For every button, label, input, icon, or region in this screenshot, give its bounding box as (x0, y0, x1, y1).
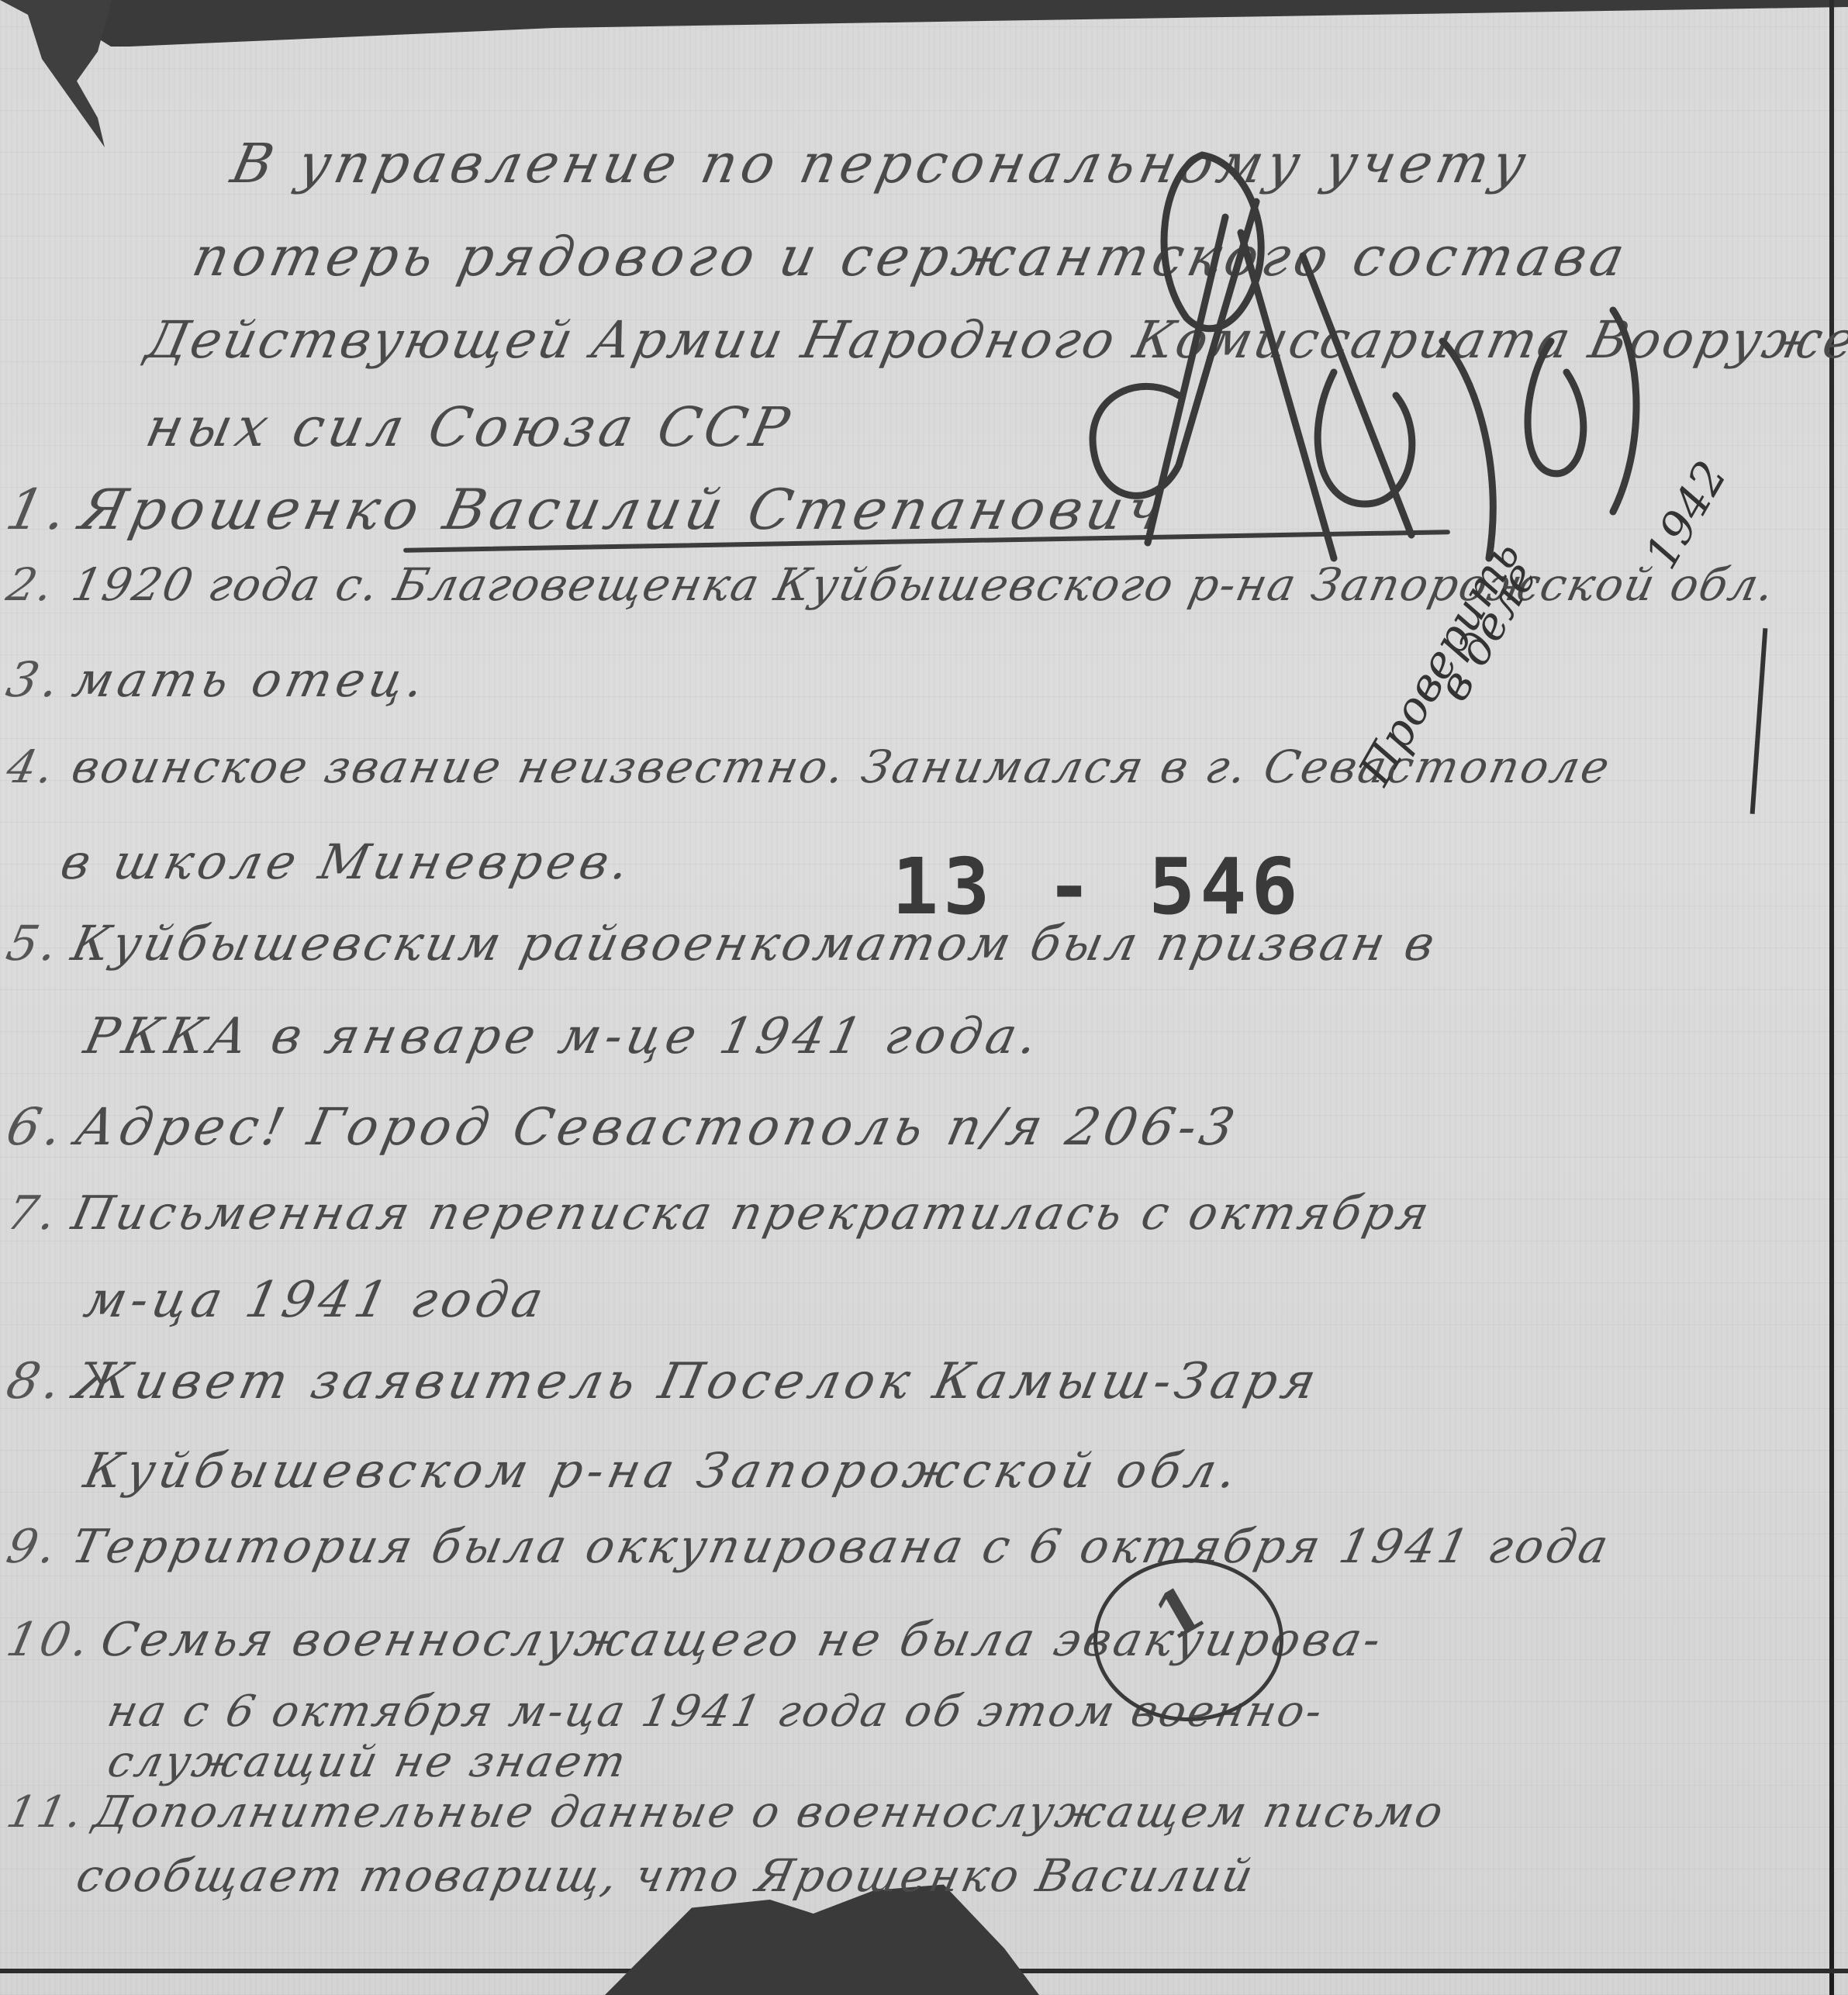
circled-number-mark: 1 (1093, 1558, 1283, 1721)
item-number: 9. (2, 1520, 68, 1574)
item-7: 7.Письменная переписка прекратилась с ок… (2, 1186, 1437, 1241)
item-number: 10. (2, 1613, 97, 1667)
item-9: 9.Территория была оккупирована с 6 октяб… (2, 1520, 1616, 1574)
address: Адрес! Город Севастополь п/я 206-3 (71, 1097, 1245, 1157)
header-line-4: ных сил Союза ССР (140, 395, 799, 459)
item-11-cont: сообщает товарищ, что Ярошенко Василий (72, 1849, 1260, 1902)
item-number: 1. (1, 477, 78, 542)
item-10-cont-2: служащий не знает (103, 1737, 632, 1787)
item-number: 11. (2, 1787, 89, 1838)
item-3: 3.мать отец. (2, 651, 434, 708)
item-8: 8.Живет заявитель Поселок Камыш-Заря (2, 1353, 1325, 1410)
item-number: 3. (2, 651, 69, 708)
additional-info: Дополнительные данные о военнослужащем п… (89, 1787, 1449, 1838)
occupation-info: Территория была оккупирована с 6 октября… (67, 1520, 1616, 1574)
item-number: 4. (2, 740, 67, 793)
circled-number: 1 (1142, 1570, 1216, 1655)
right-page-edge (1829, 0, 1834, 1995)
item-number: 5. (2, 915, 68, 972)
item-number: 6. (2, 1097, 72, 1157)
relatives: мать отец. (67, 651, 434, 708)
item-4-cont: в школе Миневрев. (56, 834, 638, 890)
item-5-cont: РККА в январе м-це 1941 года. (79, 1008, 1047, 1065)
item-1: 1.Ярошенко Василий Степанович (1, 477, 1174, 542)
item-6: 6.Адрес! Город Севастополь п/я 206-3 (2, 1097, 1245, 1157)
margin-annotation: Проверить в деле 1942 (1287, 481, 1784, 760)
applicant-residence: Живет заявитель Поселок Камыш-Заря (69, 1353, 1325, 1410)
item-number: 8. (2, 1353, 71, 1410)
item-7-cont: м-ца 1941 года (79, 1272, 552, 1329)
item-11: 11.Дополнительные данные о военнослужаще… (2, 1787, 1449, 1838)
item-8-cont: Куйбышевском р-на Запорожской обл. (79, 1442, 1246, 1499)
item-number: 7. (2, 1186, 68, 1241)
correspondence-info: Письменная переписка прекратилась с октя… (67, 1186, 1437, 1241)
registration-stamp-number: 13 - 546 (892, 841, 1303, 932)
item-number: 2. (2, 558, 67, 611)
